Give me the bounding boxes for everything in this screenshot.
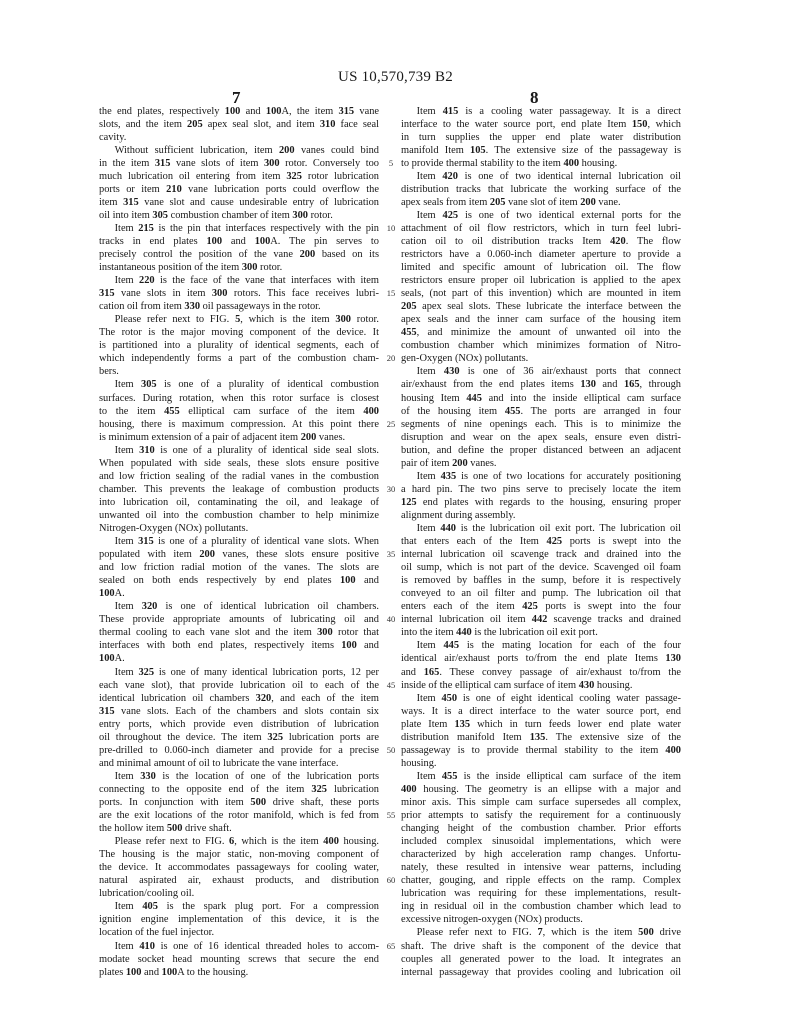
text-line: The rotor is the major moving component … bbox=[99, 326, 379, 339]
line-number-marker bbox=[384, 848, 398, 861]
line-number-marker bbox=[384, 248, 398, 261]
item-number: 320 bbox=[256, 693, 272, 704]
text-line: unwanted oil into the combustion chamber… bbox=[99, 509, 379, 522]
item-number: 435 bbox=[441, 471, 457, 482]
item-number: 100 bbox=[99, 588, 115, 599]
text-line: Item 405 is the spark plug port. For a c… bbox=[99, 900, 379, 913]
item-number: 100 bbox=[266, 106, 282, 117]
item-number: 5 bbox=[235, 314, 240, 325]
text-line: manifold Item 105. The extensive size of… bbox=[401, 144, 681, 157]
text-line: Item 330 is the location of one of the l… bbox=[99, 770, 379, 783]
text-line: Item 310 is one of a plurality of identi… bbox=[99, 444, 379, 457]
text-line: populated with item 200 vanes, these slo… bbox=[99, 548, 379, 561]
text-line: oil throughout the device. The item 325 … bbox=[99, 731, 379, 744]
item-number: 415 bbox=[443, 106, 459, 117]
text-line: in turn supplies the upper end plate wat… bbox=[401, 131, 681, 144]
text-line: Item 305 is one of a plurality of identi… bbox=[99, 378, 379, 391]
text-line: These provide appropriate amounts of lub… bbox=[99, 613, 379, 626]
line-number-marker bbox=[384, 522, 398, 535]
item-number: 300 bbox=[242, 262, 258, 273]
text-line: lubrication/cooling oil. bbox=[99, 887, 379, 900]
text-line: apex seals and the inner cam surface of … bbox=[401, 313, 681, 326]
text-line: 400 housing. The geometry is an ellipse … bbox=[401, 783, 681, 796]
text-line: each vane slot), that provide lubricatio… bbox=[99, 679, 379, 692]
item-number: 100 bbox=[340, 575, 356, 586]
item-number: 130 bbox=[665, 653, 681, 664]
text-line: 455, and minimize the amount of unwanted… bbox=[401, 326, 681, 339]
text-line: cation oil to oil distribution tracks It… bbox=[401, 235, 681, 248]
text-line: chatter, gouging, and ripple effects on … bbox=[401, 874, 681, 887]
item-number: 440 bbox=[456, 627, 472, 638]
item-number: 100 bbox=[126, 967, 142, 978]
text-line: sealed on both ends respectively by end … bbox=[99, 574, 379, 587]
text-line: the end plates, respectively 100 and 100… bbox=[99, 105, 379, 118]
text-line: shaft. The drive shaft is the component … bbox=[401, 940, 681, 953]
item-number: 200 bbox=[580, 197, 596, 208]
text-line: When populated with side seals, these sl… bbox=[99, 457, 379, 470]
text-line: 100A. bbox=[99, 652, 379, 665]
line-number-marker: 35 bbox=[384, 548, 398, 561]
text-line: housing, there is maximum compression. A… bbox=[99, 418, 379, 431]
text-line: 205 apex seal slots. These lubricate the… bbox=[401, 300, 681, 313]
text-line: passageway is to provide thermal stabili… bbox=[401, 744, 681, 757]
line-number-marker bbox=[384, 953, 398, 966]
line-number-marker: 50 bbox=[384, 744, 398, 757]
text-line: precisely control the position of the va… bbox=[99, 248, 379, 261]
text-line: ports or item 210 vane lubrication ports… bbox=[99, 183, 379, 196]
item-number: 7 bbox=[537, 927, 542, 938]
text-line: Nitrogen-Oxygen (NOx) pollutants. bbox=[99, 522, 379, 535]
line-number-marker bbox=[384, 796, 398, 809]
line-number-marker: 25 bbox=[384, 418, 398, 431]
text-line: limited and specific amount of lubricati… bbox=[401, 261, 681, 274]
item-number: 215 bbox=[138, 223, 154, 234]
text-line: apex seals from item 205 vane slot of it… bbox=[401, 196, 681, 209]
text-line: internal lubrication oil item 442 scaven… bbox=[401, 613, 681, 626]
text-line: chamber. This prevents the leakage of co… bbox=[99, 483, 379, 496]
text-line: and low friction sealing of the radial v… bbox=[99, 470, 379, 483]
text-line: into lubrication oil, contaminating the … bbox=[99, 496, 379, 509]
item-number: 100 bbox=[225, 106, 241, 117]
line-number-marker bbox=[384, 274, 398, 287]
text-line: bers. bbox=[99, 365, 379, 378]
item-number: 300 bbox=[292, 210, 308, 221]
line-number-marker bbox=[384, 979, 398, 992]
line-number-marker: 10 bbox=[384, 222, 398, 235]
item-number: 300 bbox=[317, 627, 333, 638]
line-number-marker bbox=[384, 261, 398, 274]
text-line: Item 420 is one of two identical interna… bbox=[401, 170, 681, 183]
item-number: 500 bbox=[250, 797, 266, 808]
text-line: is minimum extension of a pair of adjace… bbox=[99, 431, 379, 444]
line-number-marker bbox=[384, 718, 398, 731]
line-number-marker bbox=[384, 561, 398, 574]
item-number: 220 bbox=[139, 275, 155, 286]
item-number: 100 bbox=[162, 967, 178, 978]
text-line: internal lubrication oil scavenge track … bbox=[401, 548, 681, 561]
text-line: Item 215 is the pin that interfaces resp… bbox=[99, 222, 379, 235]
text-line: plate Item 135 which in turn feeds lower… bbox=[401, 718, 681, 731]
text-line: and minimal amount of oil to lubricate t… bbox=[99, 757, 379, 770]
text-line: Item 450 is one of eight identical cooli… bbox=[401, 692, 681, 705]
text-line: natural aspirated air, exhaust products,… bbox=[99, 874, 379, 887]
text-line: housing Item 445 and into the inside ell… bbox=[401, 392, 681, 405]
text-line: cavity. bbox=[99, 131, 379, 144]
item-number: 150 bbox=[632, 119, 648, 130]
line-number-marker bbox=[384, 535, 398, 548]
text-line: seals, (not part of this invention) whic… bbox=[401, 287, 681, 300]
text-line: conveyed to an oil filter and pump. The … bbox=[401, 587, 681, 600]
text-line: interfaces with both end plates, respect… bbox=[99, 639, 379, 652]
text-line: ways. It is a direct interface to the wa… bbox=[401, 705, 681, 718]
item-number: 450 bbox=[441, 693, 457, 704]
text-column-left: the end plates, respectively 100 and 100… bbox=[99, 105, 379, 979]
line-number-marker: 30 bbox=[384, 483, 398, 496]
text-line: entry ports, which provide even distribu… bbox=[99, 718, 379, 731]
text-line: attachment of oil flow restrictors, whic… bbox=[401, 222, 681, 235]
line-number-marker bbox=[384, 783, 398, 796]
line-number-marker bbox=[384, 913, 398, 926]
text-line: Item 315 is one of a plurality of identi… bbox=[99, 535, 379, 548]
line-number-marker bbox=[384, 457, 398, 470]
text-line: internal passageway that provides coolin… bbox=[401, 966, 681, 979]
line-number-marker bbox=[384, 509, 398, 522]
text-line: a hard pin. The two pins serve to precis… bbox=[401, 483, 681, 496]
line-number-marker: 40 bbox=[384, 613, 398, 626]
item-number: 445 bbox=[466, 393, 482, 404]
text-line: excessive nitrogen-oxygen (NOx) products… bbox=[401, 913, 681, 926]
text-line: much lubrication oil entering from item … bbox=[99, 170, 379, 183]
text-line: 315 vane slots. Each of the chambers and… bbox=[99, 705, 379, 718]
text-line: to provide thermal stability to the item… bbox=[401, 157, 681, 170]
item-number: 310 bbox=[320, 119, 336, 130]
line-number-marker bbox=[384, 692, 398, 705]
text-line: 100A. bbox=[99, 587, 379, 600]
item-number: 130 bbox=[580, 379, 596, 390]
text-line: Item 410 is one of 16 identical threaded… bbox=[99, 940, 379, 953]
line-number-marker bbox=[384, 861, 398, 874]
item-number: 300 bbox=[264, 158, 280, 169]
item-number: 425 bbox=[443, 210, 459, 221]
line-number-marker bbox=[384, 966, 398, 979]
line-number-marker: 20 bbox=[384, 352, 398, 365]
item-number: 455 bbox=[401, 327, 417, 338]
text-line: air/exhaust from the end plates items 13… bbox=[401, 378, 681, 391]
item-number: 315 bbox=[138, 536, 154, 547]
item-number: 6 bbox=[229, 836, 234, 847]
item-number: 165 bbox=[624, 379, 640, 390]
text-line: Item 440 is the lubrication oil exit por… bbox=[401, 522, 681, 535]
item-number: 200 bbox=[452, 458, 468, 469]
line-number-marker bbox=[384, 365, 398, 378]
text-line: instantaneous position of the item 300 r… bbox=[99, 261, 379, 274]
text-line: is partitioned into a plurality of ident… bbox=[99, 339, 379, 352]
text-line: oil into item 305 combustion chamber of … bbox=[99, 209, 379, 222]
text-line: into the item 440 is the lubrication oil… bbox=[401, 626, 681, 639]
line-number-marker bbox=[384, 887, 398, 900]
line-number-marker bbox=[384, 626, 398, 639]
text-line: Item 430 is one of 36 air/exhaust ports … bbox=[401, 365, 681, 378]
text-line: ing in residual oil in the combustion ch… bbox=[401, 900, 681, 913]
item-number: 425 bbox=[547, 536, 563, 547]
text-line: Please refer next to FIG. 7, which is th… bbox=[401, 926, 681, 939]
item-number: 135 bbox=[530, 732, 546, 743]
line-number-marker bbox=[384, 144, 398, 157]
item-number: 410 bbox=[139, 941, 155, 952]
item-number: 405 bbox=[142, 901, 158, 912]
text-line: restrictors ensure proper oil lubricatio… bbox=[401, 274, 681, 287]
text-line: to the item 455 elliptical cam surface o… bbox=[99, 405, 379, 418]
line-number-marker bbox=[384, 705, 398, 718]
line-number-marker bbox=[384, 470, 398, 483]
text-line: segments of nine openings each. This is … bbox=[401, 418, 681, 431]
item-number: 305 bbox=[141, 379, 157, 390]
text-line: oil sump, which is not part of the devic… bbox=[401, 561, 681, 574]
line-number-marker bbox=[384, 666, 398, 679]
text-line: cation oil from item 330 oil passageways… bbox=[99, 300, 379, 313]
line-number-marker bbox=[384, 339, 398, 352]
item-number: 315 bbox=[99, 288, 115, 299]
item-number: 500 bbox=[167, 823, 183, 834]
text-line: Item 445 is the mating location for each… bbox=[401, 639, 681, 652]
text-line: are the exit locations of the rotor mani… bbox=[99, 809, 379, 822]
text-line: the hollow item 500 drive shaft. bbox=[99, 822, 379, 835]
item-number: 325 bbox=[286, 171, 302, 182]
item-number: 210 bbox=[166, 184, 182, 195]
line-number-marker bbox=[384, 131, 398, 144]
item-number: 325 bbox=[138, 667, 154, 678]
item-number: 315 bbox=[123, 197, 139, 208]
item-number: 500 bbox=[638, 927, 654, 938]
line-number-marker bbox=[384, 496, 398, 509]
line-number-marker bbox=[384, 900, 398, 913]
text-line: ignition engine implementation of this d… bbox=[99, 913, 379, 926]
text-line: restrictors have a 0.060-inch diameter a… bbox=[401, 248, 681, 261]
item-number: 325 bbox=[267, 732, 283, 743]
item-number: 400 bbox=[563, 158, 579, 169]
item-number: 305 bbox=[152, 210, 168, 221]
line-number-marker bbox=[384, 105, 398, 118]
text-line: couples all generated power to the load.… bbox=[401, 953, 681, 966]
text-line: thermal cooling to each vane slot and th… bbox=[99, 626, 379, 639]
text-line: lubrication was requiring for these impl… bbox=[401, 887, 681, 900]
text-line: the device. It accommodates passageways … bbox=[99, 861, 379, 874]
text-line: 125 end plates with regards to the housi… bbox=[401, 496, 681, 509]
text-line: Item 325 is one of many identical lubric… bbox=[99, 666, 379, 679]
text-line: housing. bbox=[401, 757, 681, 770]
text-line: tracks in end plates 100 and 100A. The p… bbox=[99, 235, 379, 248]
text-line: item 315 vane slot and cause undesirable… bbox=[99, 196, 379, 209]
text-line: identical air/exhaust ports to/from the … bbox=[401, 652, 681, 665]
line-number-marker bbox=[384, 378, 398, 391]
line-number-marker bbox=[384, 926, 398, 939]
line-number-marker bbox=[384, 444, 398, 457]
text-line: interface to the water source port, end … bbox=[401, 118, 681, 131]
item-number: 100 bbox=[255, 236, 271, 247]
text-line: location of the fuel injector. bbox=[99, 926, 379, 939]
text-line: distribution tracks that lubricate the w… bbox=[401, 183, 681, 196]
item-number: 320 bbox=[142, 601, 158, 612]
text-line: Item 220 is the face of the vane that in… bbox=[99, 274, 379, 287]
item-number: 420 bbox=[610, 236, 626, 247]
item-number: 205 bbox=[490, 197, 506, 208]
text-line: identical lubrication oil chambers 320, … bbox=[99, 692, 379, 705]
text-line: pre-drilled to 0.060-inch diameter and p… bbox=[99, 744, 379, 757]
text-line: modate socket head mounting screws that … bbox=[99, 953, 379, 966]
item-number: 200 bbox=[279, 145, 295, 156]
item-number: 315 bbox=[99, 706, 115, 717]
text-line: Item 435 is one of two locations for acc… bbox=[401, 470, 681, 483]
item-number: 315 bbox=[339, 106, 355, 117]
line-number-marker bbox=[384, 587, 398, 600]
text-column-right: Item 415 is a cooling water passageway. … bbox=[401, 105, 681, 979]
line-number-marker: 5 bbox=[384, 157, 398, 170]
item-number: 100 bbox=[206, 236, 222, 247]
item-number: 455 bbox=[505, 406, 521, 417]
item-number: 205 bbox=[401, 301, 417, 312]
line-number-marker bbox=[384, 835, 398, 848]
text-line: pair of item 200 vanes. bbox=[401, 457, 681, 470]
text-line: bution, and define the proper distanced … bbox=[401, 444, 681, 457]
item-number: 325 bbox=[311, 784, 327, 795]
item-number: 430 bbox=[444, 366, 460, 377]
item-number: 400 bbox=[665, 745, 681, 756]
line-number-marker bbox=[384, 770, 398, 783]
text-line: and low friction radial motion of the va… bbox=[99, 561, 379, 574]
text-line: Please refer next to FIG. 5, which is th… bbox=[99, 313, 379, 326]
line-number-marker bbox=[384, 757, 398, 770]
text-line: enters each of the item 425 ports is swe… bbox=[401, 600, 681, 613]
item-number: 100 bbox=[341, 640, 357, 651]
text-line: which independently forms a part of the … bbox=[99, 352, 379, 365]
item-number: 430 bbox=[579, 680, 595, 691]
line-number-marker bbox=[384, 600, 398, 613]
item-number: 105 bbox=[470, 145, 486, 156]
line-number-marker: 15 bbox=[384, 287, 398, 300]
line-number-marker bbox=[384, 639, 398, 652]
text-line: Item 455 is the inside elliptical cam su… bbox=[401, 770, 681, 783]
text-line: minor axis. This simple cam surface supe… bbox=[401, 796, 681, 809]
line-number-marker bbox=[384, 235, 398, 248]
line-number-marker bbox=[384, 326, 398, 339]
line-number-marker bbox=[384, 209, 398, 222]
item-number: 300 bbox=[212, 288, 228, 299]
line-number-marker bbox=[384, 405, 398, 418]
line-number-gutter: 5101520253035404550556065 bbox=[384, 105, 398, 992]
text-line: Item 320 is one of identical lubrication… bbox=[99, 600, 379, 613]
item-number: 200 bbox=[300, 249, 316, 260]
item-number: 315 bbox=[155, 158, 171, 169]
text-line: Without sufficient lubrication, item 200… bbox=[99, 144, 379, 157]
item-number: 440 bbox=[440, 523, 456, 534]
text-line: slots, and the item 205 apex seal slot, … bbox=[99, 118, 379, 131]
text-line: connecting to the opposite end of the it… bbox=[99, 783, 379, 796]
item-number: 200 bbox=[301, 432, 317, 443]
item-number: 455 bbox=[164, 406, 180, 417]
text-line: characterized by high acceleration ramp … bbox=[401, 848, 681, 861]
line-number-marker: 60 bbox=[384, 874, 398, 887]
line-number-marker bbox=[384, 431, 398, 444]
line-number-marker bbox=[384, 183, 398, 196]
item-number: 420 bbox=[442, 171, 458, 182]
text-line: alignment during assembly. bbox=[401, 509, 681, 522]
text-line: Item 415 is a cooling water passageway. … bbox=[401, 105, 681, 118]
line-number-marker: 45 bbox=[384, 679, 398, 692]
text-line: in the item 315 vane slots of item 300 r… bbox=[99, 157, 379, 170]
text-line: gen-Oxygen (NOx) pollutants. bbox=[401, 352, 681, 365]
line-number-marker bbox=[384, 392, 398, 405]
item-number: 400 bbox=[323, 836, 339, 847]
text-line: of the housing item 455. The ports are a… bbox=[401, 405, 681, 418]
text-line: nately, these resulted in intensive wear… bbox=[401, 861, 681, 874]
line-number-marker bbox=[384, 731, 398, 744]
text-line: The housing is the major static, non-mov… bbox=[99, 848, 379, 861]
text-line: prior attempts to satisfy the requiremen… bbox=[401, 809, 681, 822]
text-line: distribution manifold Item 135. The exte… bbox=[401, 731, 681, 744]
text-line: is removed by baffles in the sump, befor… bbox=[401, 574, 681, 587]
text-line: disruption and wear on the apex seals, e… bbox=[401, 431, 681, 444]
item-number: 135 bbox=[454, 719, 470, 730]
line-number-marker bbox=[384, 196, 398, 209]
line-number-marker bbox=[384, 822, 398, 835]
line-number-marker bbox=[384, 574, 398, 587]
line-number-marker: 55 bbox=[384, 809, 398, 822]
item-number: 455 bbox=[442, 771, 458, 782]
text-line: and 165. These convey passage of air/exh… bbox=[401, 666, 681, 679]
item-number: 425 bbox=[522, 601, 538, 612]
text-line: surfaces. During rotation, when this rot… bbox=[99, 392, 379, 405]
item-number: 445 bbox=[443, 640, 459, 651]
text-line: plates 100 and 100A to the housing. bbox=[99, 966, 379, 979]
text-line: Please refer next to FIG. 6, which is th… bbox=[99, 835, 379, 848]
line-number-marker bbox=[384, 313, 398, 326]
text-line: inside of the elliptical cam surface of … bbox=[401, 679, 681, 692]
item-number: 200 bbox=[199, 549, 215, 560]
text-line: that enters each of the Item 425 ports i… bbox=[401, 535, 681, 548]
item-number: 330 bbox=[184, 301, 200, 312]
item-number: 205 bbox=[187, 119, 203, 130]
item-number: 310 bbox=[139, 445, 155, 456]
item-number: 100 bbox=[99, 653, 115, 664]
text-line: combustion chamber which minimizes forma… bbox=[401, 339, 681, 352]
line-number-marker bbox=[384, 118, 398, 131]
item-number: 400 bbox=[363, 406, 379, 417]
patent-number: US 10,570,739 B2 bbox=[0, 69, 791, 86]
line-number-marker bbox=[384, 652, 398, 665]
text-line: 315 vane slots in item 300 rotors. This … bbox=[99, 287, 379, 300]
item-number: 125 bbox=[401, 497, 417, 508]
text-line: ports. In conjunction with item 500 driv… bbox=[99, 796, 379, 809]
text-line: included complex sinusoidal implementati… bbox=[401, 835, 681, 848]
line-number-marker bbox=[384, 300, 398, 313]
item-number: 442 bbox=[532, 614, 548, 625]
text-line: Item 425 is one of two identical externa… bbox=[401, 209, 681, 222]
line-number-marker bbox=[384, 170, 398, 183]
text-line: changing height of the combustion chambe… bbox=[401, 822, 681, 835]
item-number: 300 bbox=[335, 314, 351, 325]
item-number: 400 bbox=[401, 784, 417, 795]
line-number-marker: 65 bbox=[384, 940, 398, 953]
item-number: 330 bbox=[140, 771, 156, 782]
item-number: 165 bbox=[424, 667, 440, 678]
